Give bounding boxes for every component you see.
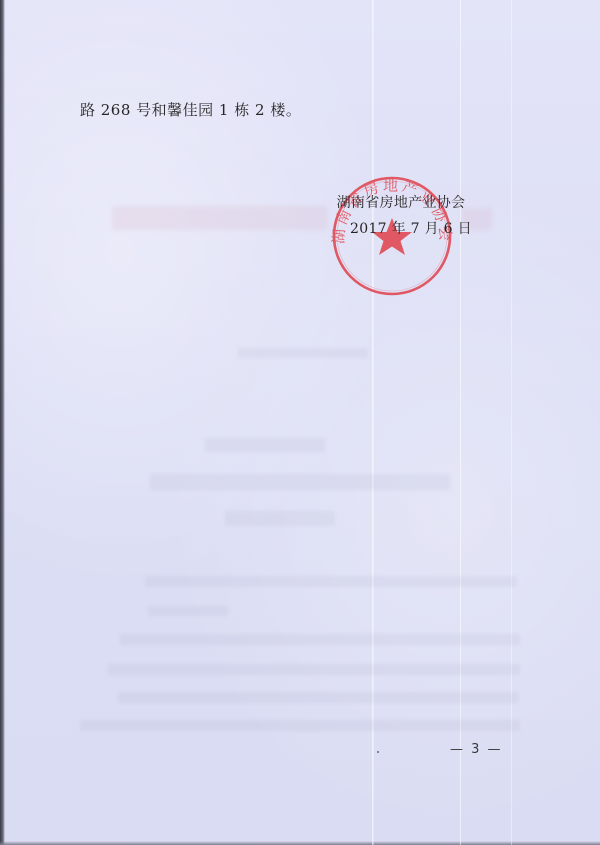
scan-bottom-edge	[0, 841, 600, 845]
scan-speck	[377, 751, 379, 753]
paper-crease	[511, 0, 512, 845]
body-text-address: 路 268 号和馨佳园 1 栋 2 楼。	[80, 99, 301, 120]
scanned-document-page: 路 268 号和馨佳园 1 栋 2 楼。 湖南省房地产业协会 湖南省房地产业协会…	[0, 0, 600, 845]
paper-crease	[460, 0, 461, 845]
scan-left-edge	[0, 0, 5, 845]
paper-crease	[373, 0, 374, 845]
signing-date: 2017 年 7 月 6 日	[326, 216, 476, 242]
page-number: — 3 —	[450, 742, 503, 757]
signature-block: 湖南省房地产业协会 2017 年 7 月 6 日	[326, 190, 476, 242]
signing-organization: 湖南省房地产业协会	[326, 190, 476, 216]
